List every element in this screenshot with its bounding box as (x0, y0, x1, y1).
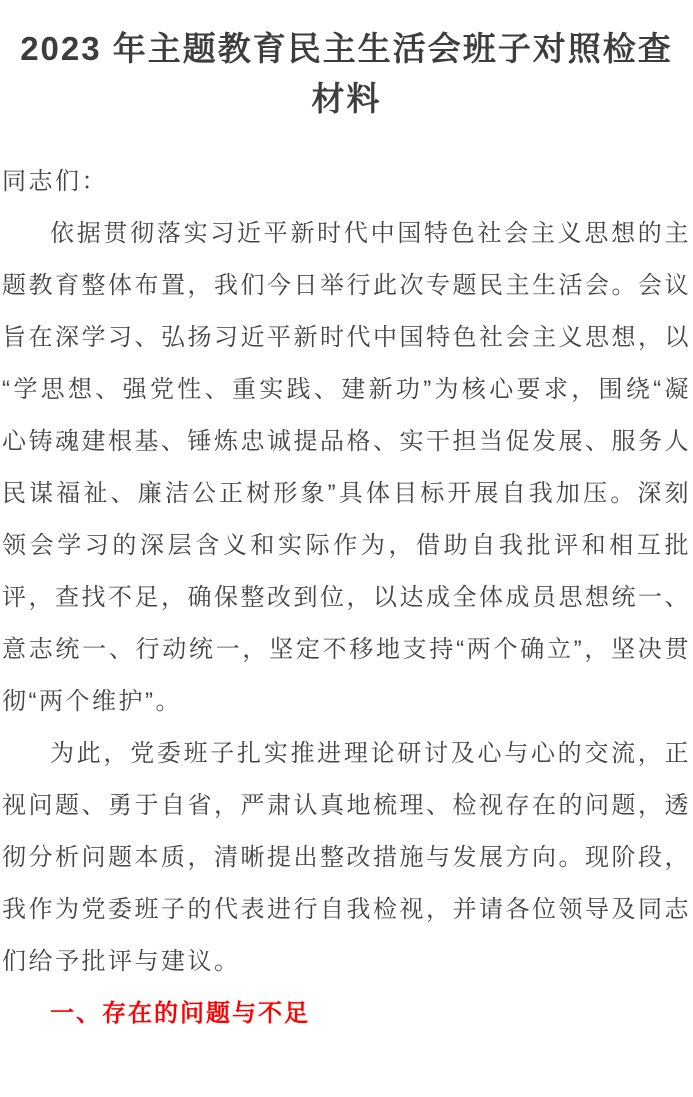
document-title-line-1: 2023 年主题教育民主生活会班子对照检查 (2, 24, 691, 74)
salutation: 同志们： (2, 156, 691, 208)
paragraph-self-review: 为此，党委班子扎实推进理论研讨及心与心的交流，正视问题、勇于自省，严肃认真地梳理… (2, 728, 691, 988)
document-page: 2023 年主题教育民主生活会班子对照检查 材料 同志们： 依据贯彻落实习近平新… (0, 0, 693, 1097)
document-title: 2023 年主题教育民主生活会班子对照检查 材料 (2, 24, 691, 124)
section-heading-problems: 一、存在的问题与不足 (2, 988, 691, 1040)
paragraph-opening: 依据贯彻落实习近平新时代中国特色社会主义思想的主题教育整体布置，我们今日举行此次… (2, 208, 691, 728)
document-title-line-2: 材料 (2, 74, 691, 124)
